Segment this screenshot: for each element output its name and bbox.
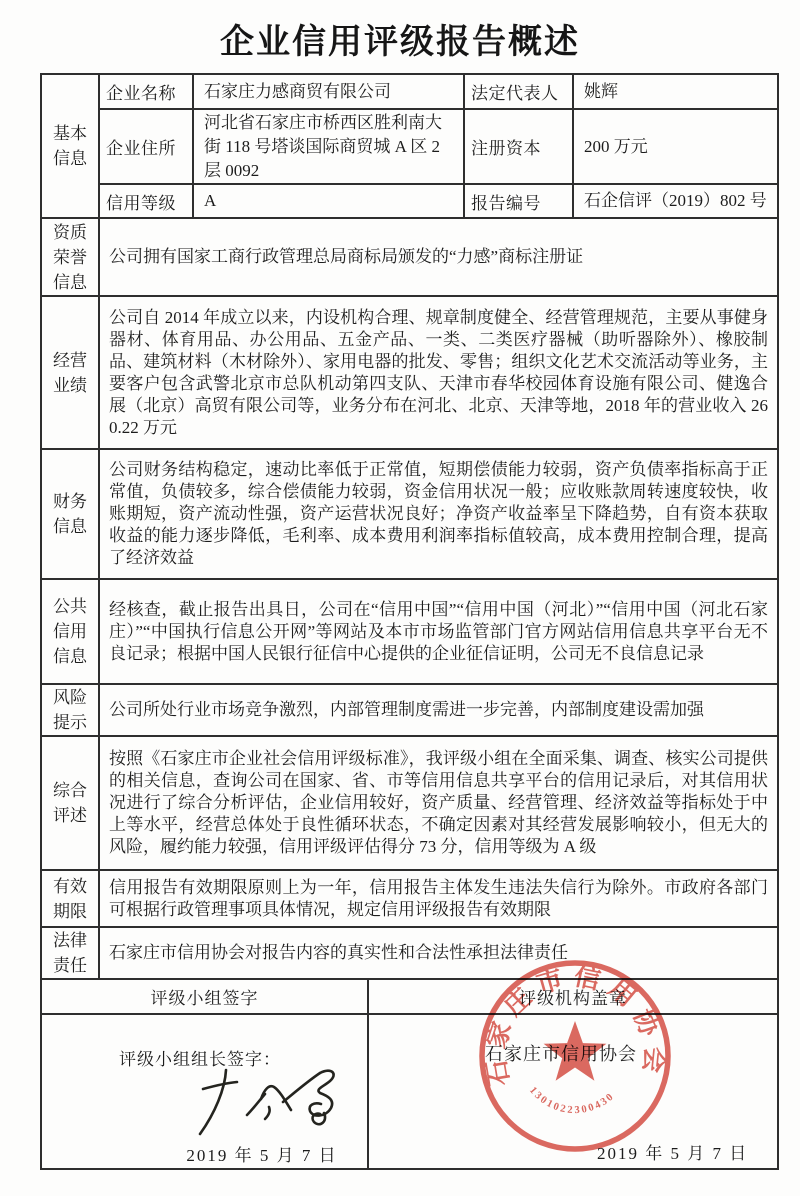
company-name-value: 石家庄力感商贸有限公司 [193, 74, 464, 109]
section-label: 资质荣誉信息 [52, 220, 87, 295]
registered-capital-value: 200 万元 [573, 109, 778, 184]
report-page: 企业信用评级报告概述 基本信息 企业名称 石家庄力感商贸有限公司 法定代表人 姚… [0, 0, 800, 1196]
legal-rep-label: 法定代表人 [464, 74, 573, 109]
section-header-risk: 风险提示 [41, 684, 99, 736]
section-header-finance: 财务信息 [41, 449, 99, 579]
table-row: 综合评述 按照《石家庄市企业社会信用评级标准》，我评级小组在全面采集、调查、核实… [41, 736, 778, 870]
company-name-label: 企业名称 [99, 74, 193, 109]
section-header-business: 经营业绩 [41, 296, 99, 449]
qualification-content: 公司拥有国家工商行政管理总局商标局颁发的“力感”商标注册证 [99, 218, 778, 296]
credit-grade-value: A [193, 184, 464, 218]
handwritten-signature [187, 1061, 357, 1146]
section-header-public-credit: 公共信用信息 [41, 579, 99, 684]
table-row: 公共信用信息 经核查，截止报告出具日，公司在“信用中国”“信用中国（河北）”“信… [41, 579, 778, 684]
agency-seal-cell: 石家庄市信用协会 2019 年 5 月 7 日 [368, 1014, 778, 1169]
agency-name: 石家庄市信用协会 [485, 1040, 637, 1066]
table-row: 评级小组组长签字： 2019 年 5 月 7 [41, 1014, 778, 1169]
registered-capital-label: 注册资本 [464, 109, 573, 184]
report-table: 基本信息 企业名称 石家庄力感商贸有限公司 法定代表人 姚辉 企业住所 河北省石… [40, 73, 779, 1170]
page-title: 企业信用评级报告概述 [0, 14, 800, 63]
section-label: 经营业绩 [52, 348, 87, 398]
table-row: 评级小组签字 评级机构盖章 [41, 979, 778, 1014]
legal-content: 石家庄市信用协会对报告内容的真实性和合法性承担法律责任 [99, 927, 778, 979]
section-header-qualification: 资质荣誉信息 [41, 218, 99, 296]
section-label: 法律责任 [52, 928, 87, 978]
address-value: 河北省石家庄市桥西区胜利南大街 118 号塔谈国际商贸城 A 区 2 层 009… [193, 109, 464, 184]
summary-content: 按照《石家庄市企业社会信用评级标准》，我评级小组在全面采集、调查、核实公司提供的… [99, 736, 778, 870]
table-row: 财务信息 公司财务结构稳定，速动比率低于正常值，短期偿债能力较弱，资产负债率指标… [41, 449, 778, 579]
table-row: 信用等级 A 报告编号 石企信评（2019）802 号 [41, 184, 778, 218]
section-label: 风险提示 [52, 685, 87, 735]
credit-grade-label: 信用等级 [99, 184, 193, 218]
table-row: 有效期限 信用报告有效期限原则上为一年，信用报告主体发生违法失信行为除外。市政府… [41, 870, 778, 927]
risk-content: 公司所处行业市场竞争激烈，内部管理制度需进一步完善，内部制度建设需加强 [99, 684, 778, 736]
finance-content: 公司财务结构稳定，速动比率低于正常值，短期偿债能力较弱，资产负债率指标高于正常值… [99, 449, 778, 579]
table-row: 企业住所 河北省石家庄市桥西区胜利南大街 118 号塔谈国际商贸城 A 区 2 … [41, 109, 778, 184]
report-number-label: 报告编号 [464, 184, 573, 218]
section-header-summary: 综合评述 [41, 736, 99, 870]
table-row: 法律责任 石家庄市信用协会对报告内容的真实性和合法性承担法律责任 [41, 927, 778, 979]
report-number-value: 石企信评（2019）802 号 [573, 184, 778, 218]
section-label: 综合评述 [52, 778, 87, 828]
agency-seal-date: 2019 年 5 月 7 日 [597, 1139, 777, 1164]
business-content: 公司自 2014 年成立以来，内设机构合理、规章制度健全、经营管理规范，主要从事… [99, 296, 778, 449]
team-signature-date: 2019 年 5 月 7 日 [142, 1141, 368, 1166]
table-row: 经营业绩 公司自 2014 年成立以来，内设机构合理、规章制度健全、经营管理规范… [41, 296, 778, 449]
team-signature-cell: 评级小组组长签字： 2019 年 5 月 7 [41, 1014, 368, 1169]
section-label: 公共信用信息 [52, 594, 87, 669]
section-label: 有效期限 [52, 874, 87, 924]
section-label: 基本信息 [52, 121, 87, 171]
table-row: 资质荣誉信息 公司拥有国家工商行政管理总局商标局颁发的“力感”商标注册证 [41, 218, 778, 296]
section-label: 财务信息 [52, 489, 87, 539]
public-credit-content: 经核查，截止报告出具日，公司在“信用中国”“信用中国（河北）”“信用中国（河北石… [99, 579, 778, 684]
agency-seal-header: 评级机构盖章 [368, 979, 778, 1014]
team-signature-header: 评级小组签字 [41, 979, 368, 1014]
table-row: 风险提示 公司所处行业市场竞争激烈，内部管理制度需进一步完善，内部制度建设需加强 [41, 684, 778, 736]
legal-rep-value: 姚辉 [573, 74, 778, 109]
section-header-basic-info: 基本信息 [41, 74, 99, 218]
address-label: 企业住所 [99, 109, 193, 184]
validity-content: 信用报告有效期限原则上为一年，信用报告主体发生违法失信行为除外。市政府各部门可根… [99, 870, 778, 927]
table-row: 基本信息 企业名称 石家庄力感商贸有限公司 法定代表人 姚辉 [41, 74, 778, 109]
section-header-validity: 有效期限 [41, 870, 99, 927]
section-header-legal: 法律责任 [41, 927, 99, 979]
